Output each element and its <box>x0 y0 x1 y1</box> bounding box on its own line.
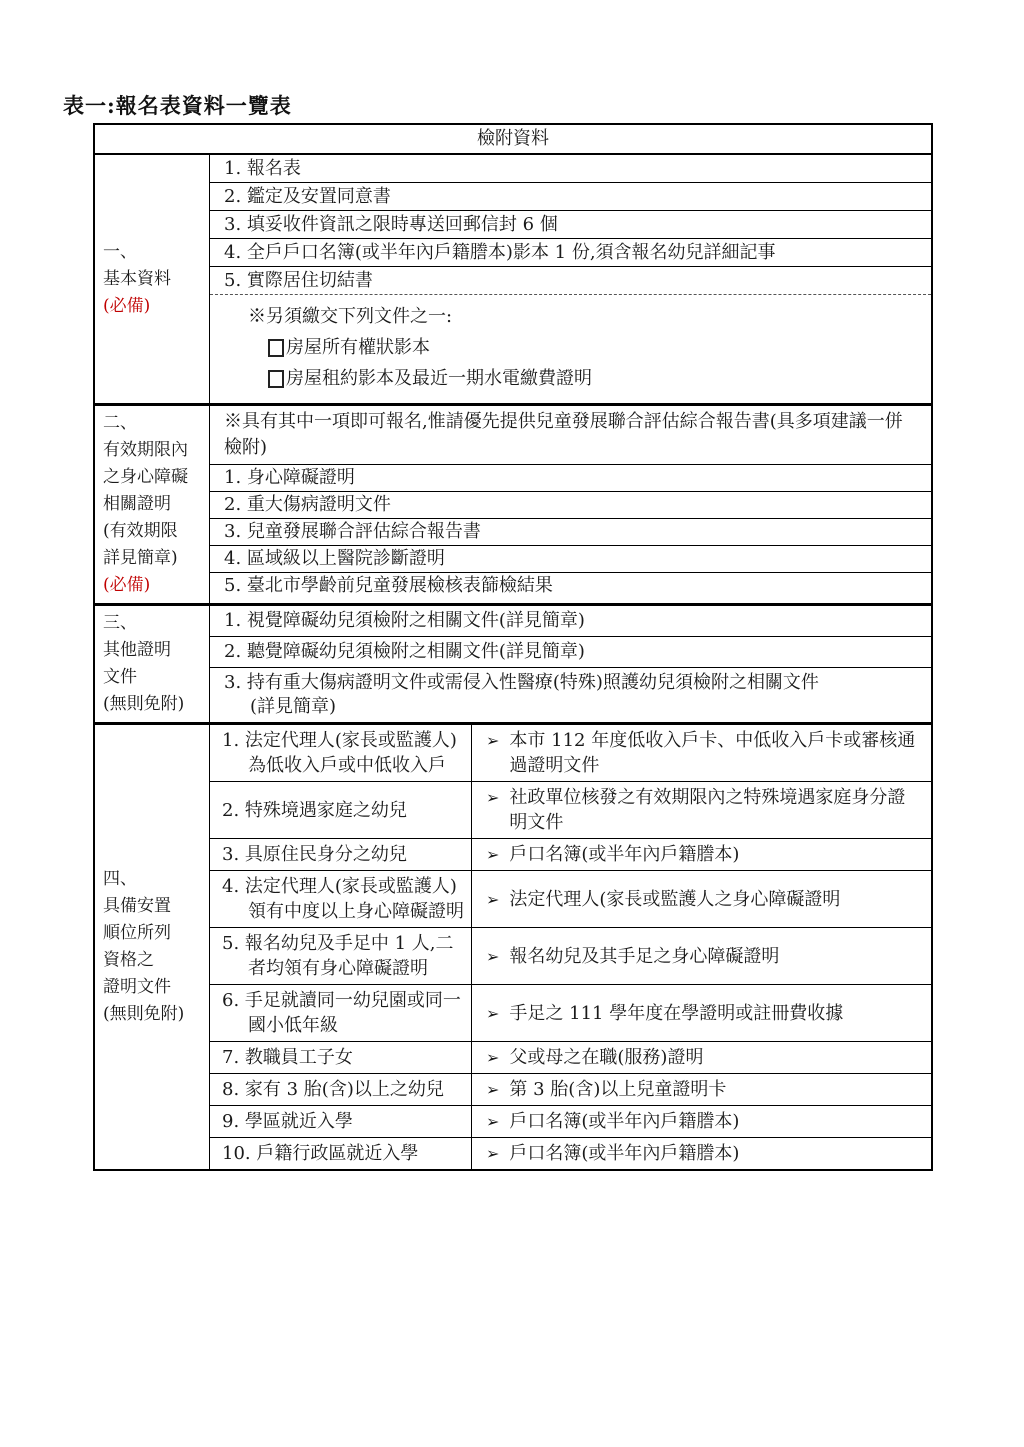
checkbox-icon <box>268 339 284 357</box>
attachments-table: 檢附資料 一、 基本資料 (必備) 1. 報名表 2. 鑑定及安置同意書 3. … <box>93 123 933 1171</box>
item-row: 5. 臺北市學齡前兒童發展檢核表篩檢結果 <box>210 573 931 599</box>
item-row: 3. 填妥收件資訊之限時專送回郵信封 6 個 <box>210 211 931 239</box>
arrow-bullet-icon: ➢ <box>486 1077 499 1102</box>
section-required-note: (必備) <box>103 572 207 599</box>
checkbox-option-label: 房屋租約影本及最近一期水電繳費證明 <box>286 363 592 394</box>
document-text: 父或母之在職(服務)證明 <box>509 1045 921 1070</box>
arrow-bullet-icon: ➢ <box>486 887 499 912</box>
condition-text: 2. 特殊境遇家庭之幼兒 <box>222 798 407 823</box>
condition-text: 8. 家有 3 胎(含)以上之幼兒 <box>222 1077 444 1102</box>
table-row: 3. 具原住民身分之幼兒 ➢戶口名簿(或半年內戶籍謄本) <box>210 839 931 871</box>
document-cell: ➢戶口名簿(或半年內戶籍謄本) <box>472 1106 931 1137</box>
checkbox-option: 房屋所有權狀影本 <box>268 332 919 363</box>
document-text: 手足之 111 學年度在學證明或註冊費收據 <box>509 1001 921 1026</box>
section-label-text: 四、 具備安置 順位所列 資格之 證明文件 (無則免附) <box>103 866 207 1028</box>
table-row: 1. 法定代理人(家長或監護人)為低收入戶或中低收入戶 ➢本市 112 年度低收… <box>210 725 931 782</box>
document-cell: ➢法定代理人(家長或監護人之身心障礙證明 <box>472 871 931 927</box>
table-row: 8. 家有 3 胎(含)以上之幼兒 ➢第 3 胎(含)以上兒童證明卡 <box>210 1074 931 1106</box>
section-label-text: 一、 基本資料 <box>103 239 207 293</box>
condition-cell: 1. 法定代理人(家長或監護人)為低收入戶或中低收入戶 <box>210 725 472 781</box>
table-row: 10. 戶籍行政區就近入學 ➢戶口名簿(或半年內戶籍謄本) <box>210 1138 931 1169</box>
document-page: 表一:報名表資料一覽表 檢附資料 一、 基本資料 (必備) 1. 報名表 2. … <box>0 0 1024 1447</box>
table-row: 4. 法定代理人(家長或監護人)領有中度以上身心障礙證明 ➢法定代理人(家長或監… <box>210 871 931 928</box>
table-row: 5. 報名幼兒及手足中 1 人,二者均領有身心障礙證明 ➢報名幼兒及其手足之身心… <box>210 928 931 985</box>
condition-cell: 8. 家有 3 胎(含)以上之幼兒 <box>210 1074 472 1105</box>
arrow-bullet-icon: ➢ <box>486 1001 499 1026</box>
arrow-bullet-icon: ➢ <box>486 1109 499 1134</box>
section-content: 1. 視覺障礙幼兒須檢附之相關文件(詳見簡章) 2. 聽覺障礙幼兒須檢附之相關文… <box>210 606 931 722</box>
condition-cell: 6. 手足就讀同一幼兒園或同一國小低年級 <box>210 985 472 1041</box>
extra-note-heading: ※另須繳交下列文件之一: <box>248 302 919 332</box>
item-row: 2. 重大傷病證明文件 <box>210 492 931 519</box>
arrow-bullet-icon: ➢ <box>486 1141 499 1166</box>
arrow-bullet-icon: ➢ <box>486 1045 499 1070</box>
item-row: 1. 身心障礙證明 <box>210 465 931 492</box>
document-text: 社政單位核發之有效期限內之特殊境遇家庭身分證明文件 <box>509 785 921 835</box>
arrow-bullet-icon: ➢ <box>486 728 499 753</box>
item-row: 5. 實際居住切結書 <box>210 267 931 295</box>
document-cell: ➢戶口名簿(或半年內戶籍謄本) <box>472 839 931 870</box>
document-cell: ➢戶口名簿(或半年內戶籍謄本) <box>472 1138 931 1169</box>
extra-documents-block: ※另須繳交下列文件之一: 房屋所有權狀影本 房屋租約影本及最近一期水電繳費證明 <box>210 295 931 403</box>
document-cell: ➢父或母之在職(服務)證明 <box>472 1042 931 1073</box>
section-note-row: ※具有其中一項即可報名,惟請優先提供兒童發展聯合評估綜合報告書(具多項建議一併檢… <box>210 406 931 465</box>
condition-cell: 2. 特殊境遇家庭之幼兒 <box>210 782 472 838</box>
checkbox-icon <box>268 370 284 388</box>
document-cell: ➢報名幼兒及其手足之身心障礙證明 <box>472 928 931 984</box>
condition-text: 5. 報名幼兒及手足中 1 人,二者均領有身心障礙證明 <box>222 931 465 981</box>
document-cell: ➢第 3 胎(含)以上兒童證明卡 <box>472 1074 931 1105</box>
condition-cell: 7. 教職員工子女 <box>210 1042 472 1073</box>
condition-text: 1. 法定代理人(家長或監護人)為低收入戶或中低收入戶 <box>222 728 465 778</box>
document-cell: ➢本市 112 年度低收入戶卡、中低收入戶卡或審核通過證明文件 <box>472 725 931 781</box>
section-label: 二、 有效期限內 之身心障礙 相關證明 (有效期限 詳見簡章) (必備) <box>95 406 210 603</box>
section-content: ※具有其中一項即可報名,惟請優先提供兒童發展聯合評估綜合報告書(具多項建議一併檢… <box>210 406 931 603</box>
condition-cell: 5. 報名幼兒及手足中 1 人,二者均領有身心障礙證明 <box>210 928 472 984</box>
document-text: 戶口名簿(或半年內戶籍謄本) <box>509 1141 921 1166</box>
section-label: 一、 基本資料 (必備) <box>95 155 210 403</box>
section-priority-qualification: 四、 具備安置 順位所列 資格之 證明文件 (無則免附) 1. 法定代理人(家長… <box>95 725 931 1169</box>
table-row: 9. 學區就近入學 ➢戶口名簿(或半年內戶籍謄本) <box>210 1106 931 1138</box>
document-text: 報名幼兒及其手足之身心障礙證明 <box>509 944 921 969</box>
table-header-cell: 檢附資料 <box>95 125 931 155</box>
table-row: 2. 特殊境遇家庭之幼兒 ➢社政單位核發之有效期限內之特殊境遇家庭身分證明文件 <box>210 782 931 839</box>
arrow-bullet-icon: ➢ <box>486 842 499 867</box>
item-row: 2. 鑑定及安置同意書 <box>210 183 931 211</box>
checkbox-option: 房屋租約影本及最近一期水電繳費證明 <box>268 363 919 394</box>
document-cell: ➢手足之 111 學年度在學證明或註冊費收據 <box>472 985 931 1041</box>
section-content: 1. 法定代理人(家長或監護人)為低收入戶或中低收入戶 ➢本市 112 年度低收… <box>210 725 931 1169</box>
condition-cell: 4. 法定代理人(家長或監護人)領有中度以上身心障礙證明 <box>210 871 472 927</box>
document-text: 法定代理人(家長或監護人之身心障礙證明 <box>509 887 921 912</box>
table-row: 6. 手足就讀同一幼兒園或同一國小低年級 ➢手足之 111 學年度在學證明或註冊… <box>210 985 931 1042</box>
section-label-text: 三、 其他證明 文件 (無則免附) <box>103 610 207 718</box>
document-cell: ➢社政單位核發之有效期限內之特殊境遇家庭身分證明文件 <box>472 782 931 838</box>
checkbox-option-label: 房屋所有權狀影本 <box>286 332 430 363</box>
section-label-text: 二、 有效期限內 之身心障礙 相關證明 (有效期限 詳見簡章) <box>103 410 207 572</box>
condition-text: 4. 法定代理人(家長或監護人)領有中度以上身心障礙證明 <box>222 874 465 924</box>
section-other-documents: 三、 其他證明 文件 (無則免附) 1. 視覺障礙幼兒須檢附之相關文件(詳見簡章… <box>95 606 931 725</box>
section-disability-proof: 二、 有效期限內 之身心障礙 相關證明 (有效期限 詳見簡章) (必備) ※具有… <box>95 406 931 606</box>
document-text: 第 3 胎(含)以上兒童證明卡 <box>509 1077 921 1102</box>
section-content: 1. 報名表 2. 鑑定及安置同意書 3. 填妥收件資訊之限時專送回郵信封 6 … <box>210 155 931 403</box>
table-row: 7. 教職員工子女 ➢父或母之在職(服務)證明 <box>210 1042 931 1074</box>
item-row: 3. 持有重大傷病證明文件或需侵入性醫療(特殊)照護幼兒須檢附之相關文件 (詳見… <box>210 668 931 722</box>
condition-text: 9. 學區就近入學 <box>222 1109 353 1134</box>
section-label: 三、 其他證明 文件 (無則免附) <box>95 606 210 722</box>
item-row: 1. 視覺障礙幼兒須檢附之相關文件(詳見簡章) <box>210 606 931 637</box>
condition-cell: 9. 學區就近入學 <box>210 1106 472 1137</box>
arrow-bullet-icon: ➢ <box>486 944 499 969</box>
condition-text: 7. 教職員工子女 <box>222 1045 353 1070</box>
document-title: 表一:報名表資料一覽表 <box>63 90 292 120</box>
condition-text: 3. 具原住民身分之幼兒 <box>222 842 407 867</box>
document-text: 本市 112 年度低收入戶卡、中低收入戶卡或審核通過證明文件 <box>509 728 921 778</box>
item-row: 4. 區域級以上醫院診斷證明 <box>210 546 931 573</box>
item-row: 1. 報名表 <box>210 155 931 183</box>
item-row: 2. 聽覺障礙幼兒須檢附之相關文件(詳見簡章) <box>210 637 931 668</box>
item-row: 4. 全戶戶口名簿(或半年內戶籍謄本)影本 1 份,須含報名幼兒詳細記事 <box>210 239 931 267</box>
condition-cell: 3. 具原住民身分之幼兒 <box>210 839 472 870</box>
section-label: 四、 具備安置 順位所列 資格之 證明文件 (無則免附) <box>95 725 210 1169</box>
condition-text: 10. 戶籍行政區就近入學 <box>222 1141 418 1166</box>
condition-text: 6. 手足就讀同一幼兒園或同一國小低年級 <box>222 988 465 1038</box>
document-text: 戶口名簿(或半年內戶籍謄本) <box>509 1109 921 1134</box>
arrow-bullet-icon: ➢ <box>486 785 499 810</box>
section-basic-info: 一、 基本資料 (必備) 1. 報名表 2. 鑑定及安置同意書 3. 填妥收件資… <box>95 155 931 406</box>
section-required-note: (必備) <box>103 293 207 320</box>
condition-cell: 10. 戶籍行政區就近入學 <box>210 1138 472 1169</box>
document-text: 戶口名簿(或半年內戶籍謄本) <box>509 842 921 867</box>
item-row: 3. 兒童發展聯合評估綜合報告書 <box>210 519 931 546</box>
